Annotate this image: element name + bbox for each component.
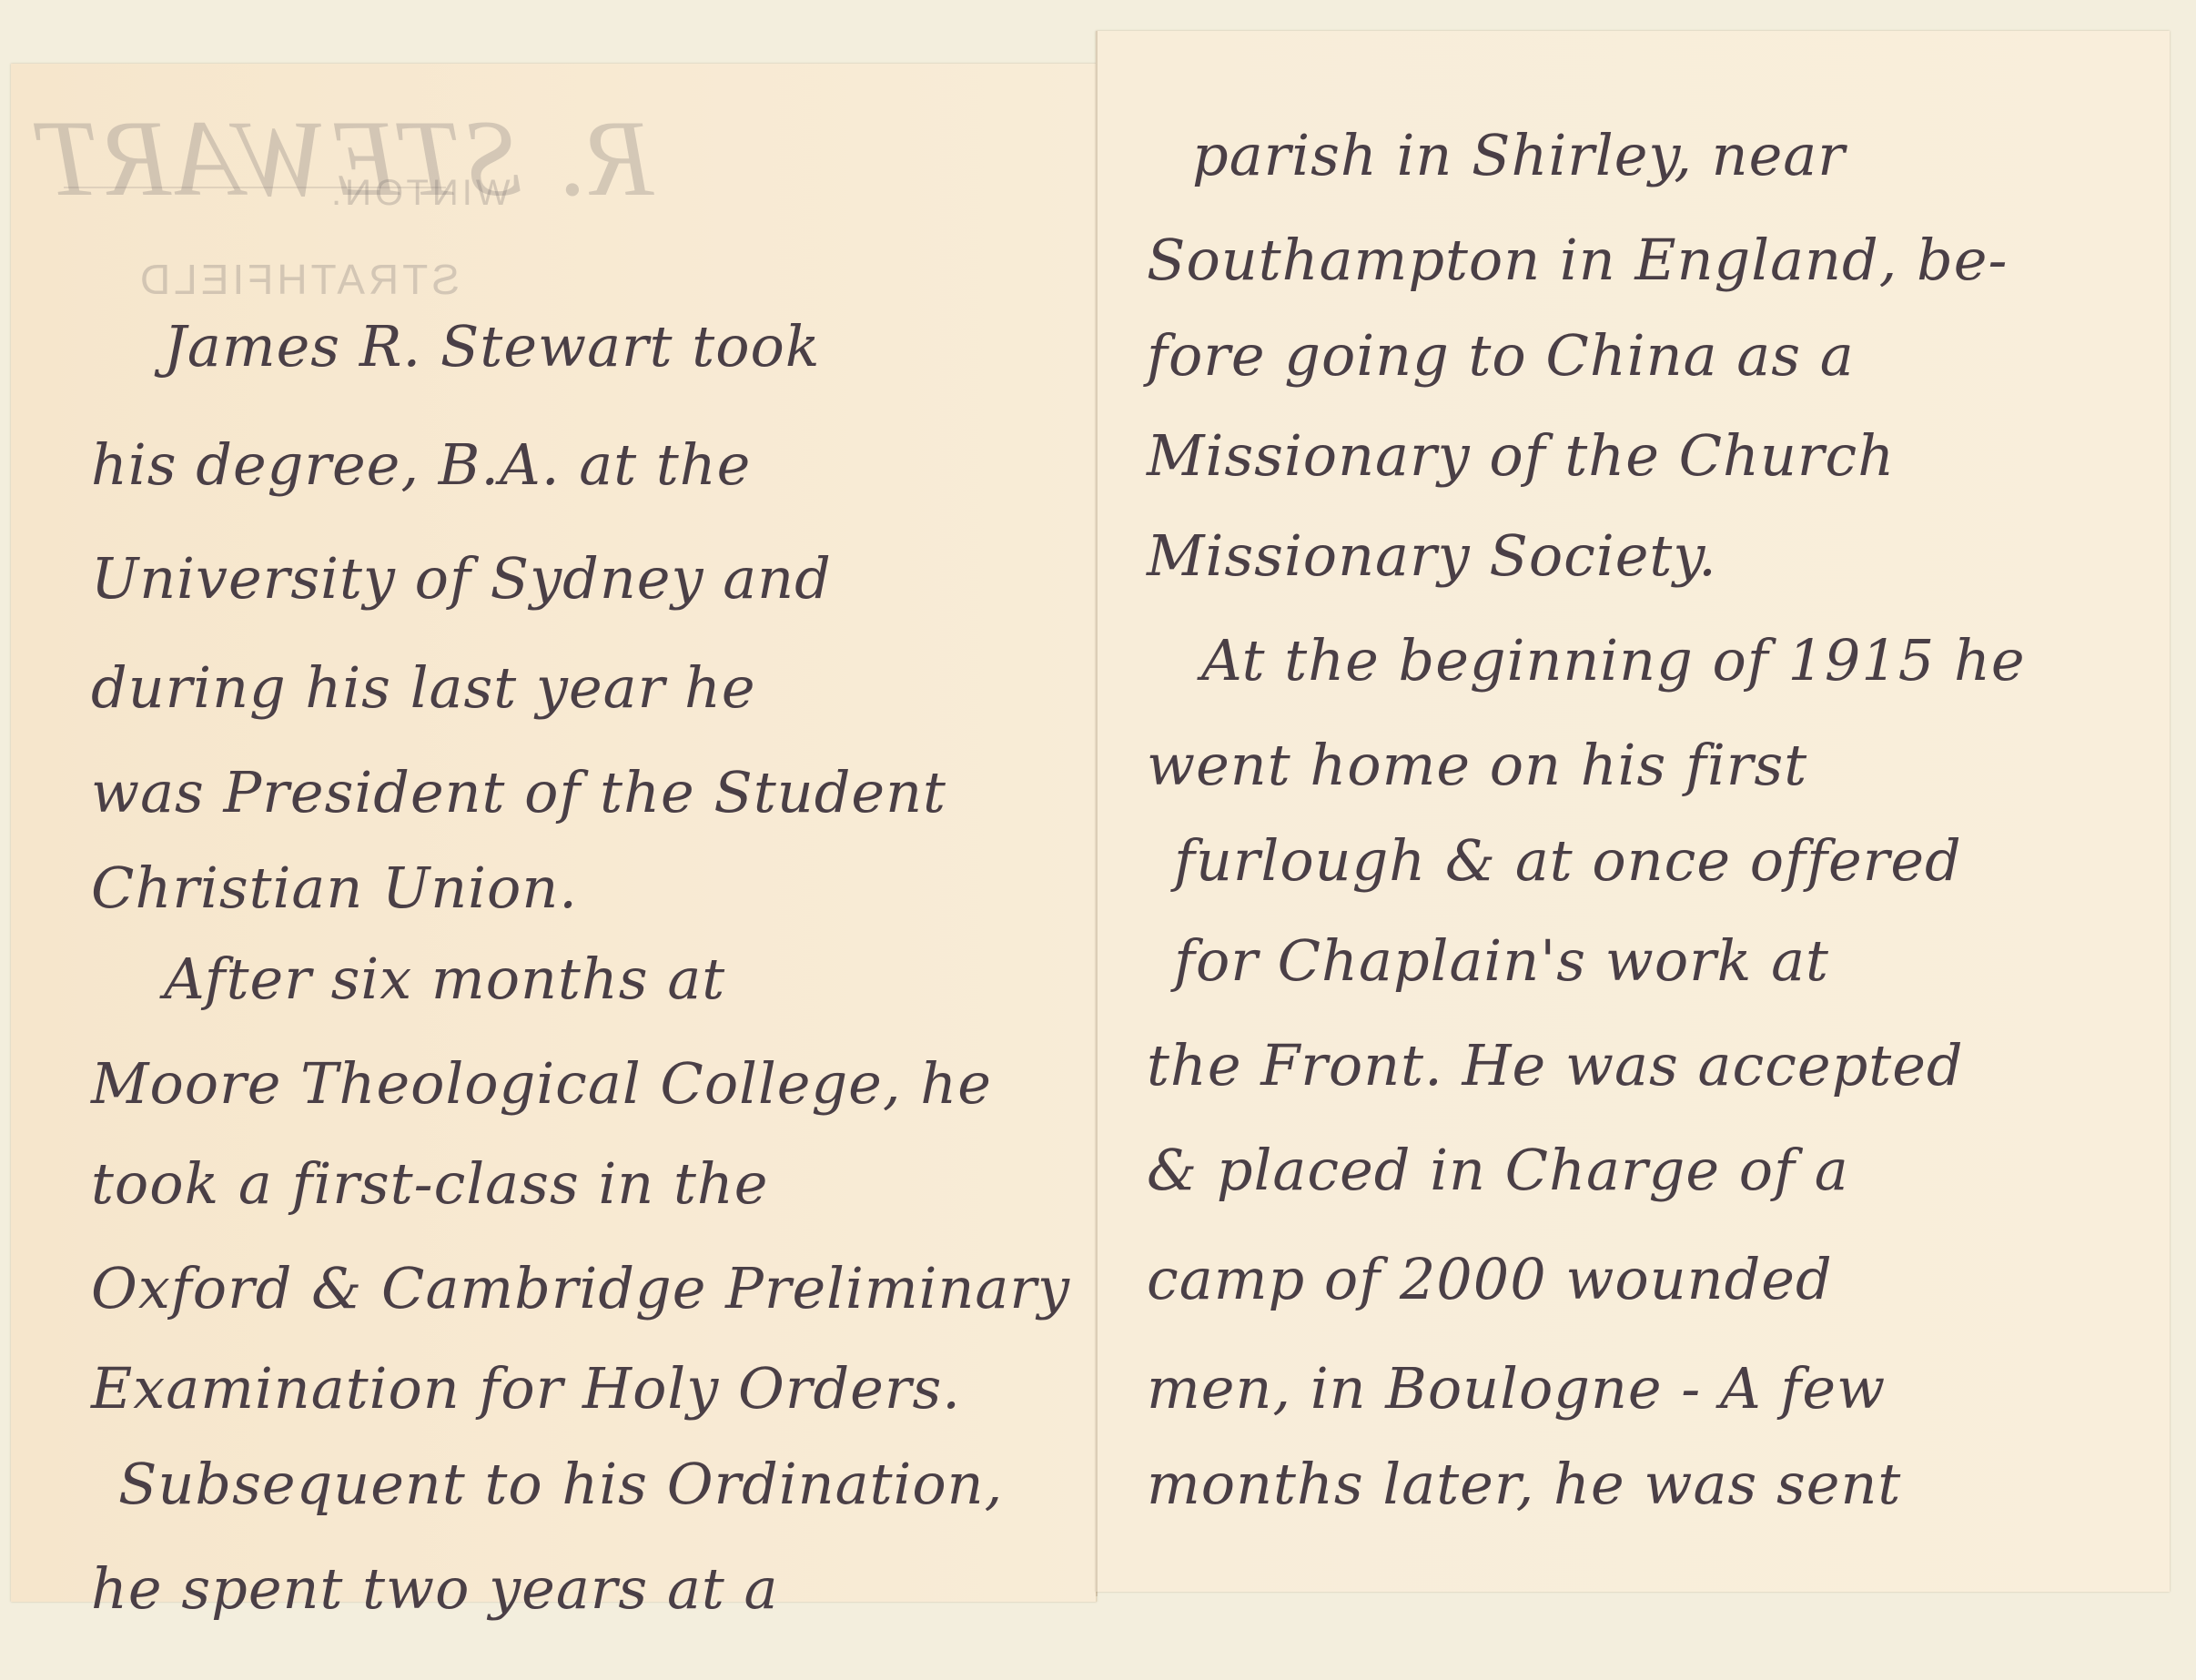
handwritten-line: Examination for Holy Orders. (91, 1361, 961, 1417)
handwritten-line: Christian Union. (91, 860, 578, 916)
handwritten-line: camp of 2000 wounded (1147, 1251, 1833, 1308)
handwritten-line: James R. Stewart took (164, 319, 820, 375)
handwritten-line: was President of the Student (91, 764, 946, 821)
handwritten-line: he spent two years at a (91, 1561, 779, 1617)
handwritten-line: for Chaplain's work at (1174, 933, 1829, 989)
handwritten-line: took a first-class in the (91, 1156, 768, 1212)
handwritten-line: fore going to China as a (1147, 328, 1855, 384)
handwritten-line: Missionary of the Church (1147, 428, 1895, 484)
handwritten-line: parish in Shirley, near (1192, 127, 1846, 184)
letterhead-winton-showthrough: WINTON. (328, 173, 511, 214)
handwritten-line: Southampton in England, be- (1147, 232, 2008, 288)
page-fold-divider (1096, 31, 1098, 1596)
handwritten-line: At the beginning of 1915 he (1201, 633, 2026, 689)
handwritten-line: the Front. He was accepted (1147, 1037, 1964, 1094)
handwritten-line: months later, he was sent (1147, 1456, 1901, 1513)
handwritten-line: men, in Boulogne - A few (1147, 1361, 1886, 1417)
handwritten-line: & placed in Charge of a (1147, 1142, 1849, 1199)
letterhead-strathfield-showthrough: STRATHFIELD (137, 255, 460, 304)
handwritten-line: during his last year he (91, 660, 756, 716)
handwritten-line: Subsequent to his Ordination, (118, 1456, 1003, 1513)
handwritten-line: After six months at (164, 951, 725, 1007)
handwritten-line: Missionary Society. (1147, 528, 1717, 584)
handwritten-line: went home on his first (1147, 737, 1807, 794)
handwritten-line: University of Sydney and (91, 551, 832, 607)
handwritten-line: furlough & at once offered (1174, 833, 1962, 889)
handwritten-line: his degree, B.A. at the (91, 437, 751, 493)
handwritten-line: Oxford & Cambridge Preliminary (91, 1260, 1070, 1317)
handwritten-line: Moore Theological College, he (91, 1056, 992, 1112)
